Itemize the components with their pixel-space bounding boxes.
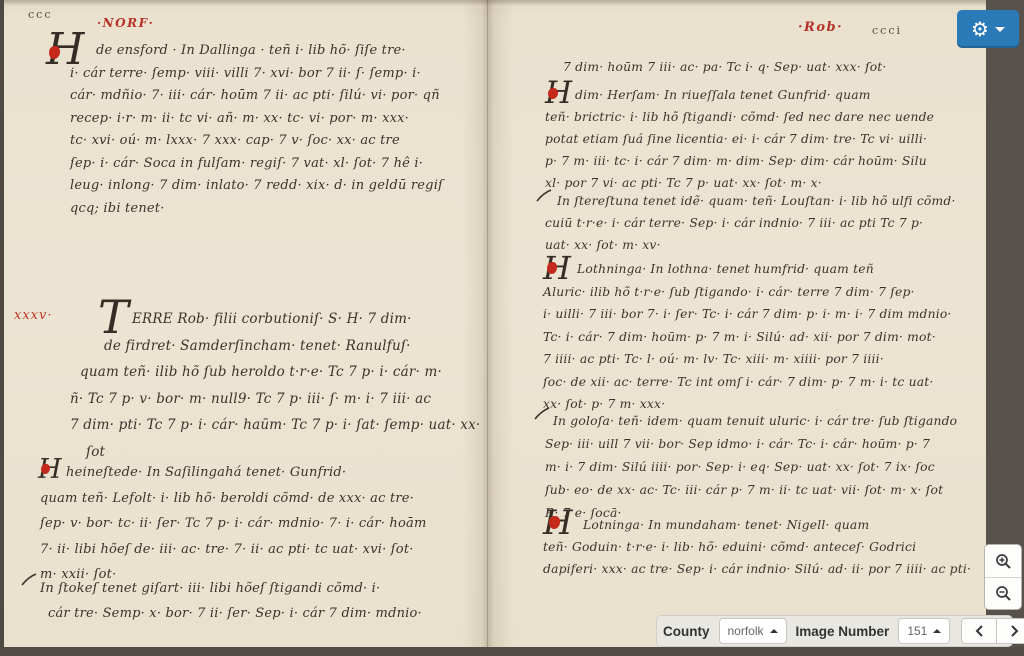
zoom-in-icon [995,553,1012,570]
manuscript-line: In ſtokeſ tenet giſart· iii· libi hõeſ ſ… [40,576,422,601]
manuscript-line: i· uilli· 7 iii· bor 7· i· ſer· Tc· i· c… [543,303,952,326]
manuscript-line: potat etiam ſuá ſine licentia· ei· i· cá… [545,128,934,150]
manuscript-line: cár tre· Semp· x· bor· 7 ii· ſer· Sep· i… [48,601,422,626]
manuscript-line: p· 7 m· iii· tc· i· cár 7 dim· m· dim· S… [545,150,934,172]
manuscript-line: quam teñ· ilib hõ ſub heroldo t·r·e· Tc … [80,359,480,386]
page-nav-group [961,618,1024,644]
manuscript-line: i· cár terre· ſemp· viii· villi 7· xvi· … [70,63,443,86]
manuscript-line: 7· ii· libi hõeſ de· iii· ac· tre· 7· ii… [40,537,426,563]
county-value: norfolk [728,624,764,638]
county-rubric-norf: ·NORF· [97,16,154,30]
manuscript-line: de firdret· Samderſincham· tenet· Ranulf… [104,333,480,360]
margin-numeral-red: xxxv· [14,308,52,323]
entry-hersam: dim· Herſam· In riueſſala tenet Gunfrid·… [545,84,934,194]
page-left-edge [0,0,4,656]
previous-image-button[interactable] [961,618,997,644]
image-number-value: 151 [907,624,927,638]
caret-up-icon [770,629,778,633]
manuscript-line: heineſtede· In Saſilingahá tenet· Gunfri… [66,460,426,486]
zoom-out-button[interactable] [985,577,1021,609]
manuscript-line: In goloſa· teñ· idem· quam tenuit uluric… [553,410,957,433]
manuscript-line: cár· mdñio· 7· iii· cár· hoūm 7 ii· ac p… [70,85,443,108]
manuscript-line: Sep· iii· uill 7 vii· bor· Sep idmo· i· … [545,433,957,456]
manuscript-line: ſub· eo· de xx· ac· Tc· iii· cár p· 7 m·… [545,479,957,502]
manuscript-line: 7 dim· pti· Tc 7 p· i· cár· haūm· Tc 7 p… [70,412,480,439]
page-top-shadow [0,0,986,6]
entry-densford: de ensford · In Dallinga · teñ i· lib hõ… [70,40,443,220]
folio-number-left: ccc [28,8,52,21]
county-select[interactable]: norfolk [719,618,787,644]
settings-button[interactable]: ⚙ [957,10,1019,48]
manuscript-line: teñ· brictric· i· lib hõ ſtigandi· cõmd·… [545,106,934,128]
next-image-button[interactable] [997,618,1024,644]
image-number-select[interactable]: 151 [898,618,950,644]
entry-continuation: 7 dim· hoūm 7 iii· ac· pa· Tc i· q· Sep·… [563,56,887,78]
manuscript-spread: ccc ·NORF· H de ensford · In Dallinga · … [0,0,1024,656]
manuscript-line: Aluric· ilib hõ t·r·e· ſub ſtigando· i· … [543,281,952,304]
caret-down-icon [995,27,1005,32]
marginal-mark [20,572,38,587]
entry-heinestede: heineſtede· In Saſilingahá tenet· Gunfri… [40,460,426,588]
entry-stokes: In ſtokeſ tenet giſart· iii· libi hõeſ ſ… [40,576,422,626]
chevron-right-icon [1009,624,1020,638]
manuscript-line: recep· i·r· m· ii· tc vi· añ· m· xx· tc·… [70,108,443,131]
manuscript-line: de ensford · In Dallinga · teñ i· lib hõ… [96,40,443,63]
manuscript-line: dim· Herſam· In riueſſala tenet Gunfrid·… [575,84,934,106]
entry-terre-rot: ERRE Rob· filii corbutioniſ· S· H· 7 dim… [70,306,480,465]
manuscript-line: ERRE Rob· filii corbutioniſ· S· H· 7 dim… [132,306,480,333]
gear-icon: ⚙ [971,19,989,39]
manuscript-line: In ſtereſtuna tenet idẽ· quam· teñ· Louſ… [557,190,956,212]
manuscript-line: ñ· Tc 7 p· v· bor· m· null9· Tc 7 p· iii… [70,386,480,413]
manuscript-line: quam teñ· Lefolt· i· lib hõ· beroldi cõm… [40,486,426,512]
manuscript-line: uat· xx· ſot· m· xv· [545,234,956,256]
entry-golosa: In goloſa· teñ· idem· quam tenuit uluric… [545,410,957,525]
entry-sterestuna: In ſtereſtuna tenet idẽ· quam· teñ· Louſ… [545,190,956,256]
manuscript-line: teñ· Goduin· t·r·e· i· lib· hõ· eduini· … [543,536,971,558]
manuscript-line: 7 dim· hoūm 7 iii· ac· pa· Tc i· q· Sep·… [563,56,887,78]
zoom-out-icon [995,585,1012,602]
entry-lothninga: Lothninga· In lothna· tenet humfrid· qua… [543,258,952,416]
county-label: County [663,624,710,639]
manuscript-line: m· i· 7 dim· Silú iiii· por· Sep· i· eq·… [545,456,957,479]
zoom-in-button[interactable] [985,545,1021,577]
folio-number-right: ccci [872,24,902,37]
image-number-label: Image Number [796,624,890,639]
manuscript-line: dapiferi· xxx· ac tre· Sep· i· cár indni… [543,558,971,580]
manuscript-line: 7 iiii· ac pti· Tc· l· oú· m· lv· Tc· xi… [543,348,952,371]
manuscript-line: tc· xvi· oú· m· lxxx· 7 xxx· cap· 7 v· ſ… [70,130,443,153]
tenant-rubric-rob: ·Rob· [798,20,843,35]
manuscript-line: cuiū t·r·e· i· cár terre· Sep· i· cár in… [545,212,956,234]
manuscript-line: Lotninga· In mundaham· tenet· Nigell· qu… [583,514,971,536]
viewer-bottom-edge [0,647,1024,656]
manuscript-line: ſep· v· bor· tc· ii· ſer· Tc 7 p· i· cár… [40,511,426,537]
page-gutter-line [487,0,488,656]
manuscript-line: leug· inlong· 7 dim· inlato· 7 redd· xix… [70,175,443,198]
caret-up-icon [933,629,941,633]
entry-mundaham: Lotninga· In mundaham· tenet· Nigell· qu… [543,514,971,580]
manuscript-line: Lothninga· In lothna· tenet humfrid· qua… [577,258,952,281]
manuscript-line: Tc· i· cár· 7 dim· hoūm· p· 7 m· i· Silú… [543,326,952,349]
manuscript-line: ſoc· de xii· ac· terre· Tc int omſ i· cá… [543,371,952,394]
chevron-left-icon [974,624,985,638]
manuscript-line: ſep· i· cár· Soca in fulſam· regiſ· 7 va… [70,153,443,176]
navigation-bar: County norfolk Image Number 151 [656,615,1013,647]
zoom-controls [984,544,1022,610]
viewer-stage: ccc ·NORF· H de ensford · In Dallinga · … [0,0,1024,656]
manuscript-line: qcq; ibi tenet· [70,198,443,221]
